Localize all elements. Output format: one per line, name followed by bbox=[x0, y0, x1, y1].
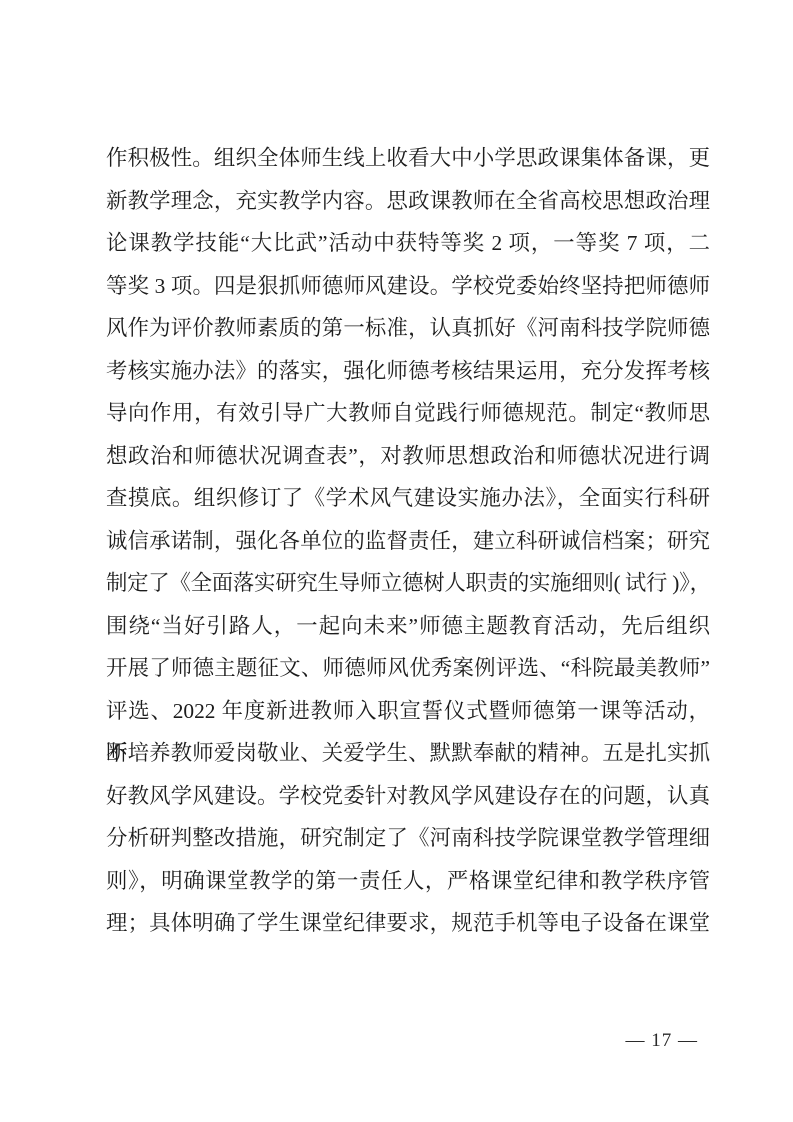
page-number: — 17 — bbox=[626, 1030, 699, 1052]
text-line: 围绕“当好引路人，一起向未来”师德主题教育活动，先后组织 bbox=[106, 605, 710, 648]
text-line: 风作为评价教师素质的第一标准，认真抓好《河南科技学院师德 bbox=[106, 307, 710, 350]
text-line: 理；具体明确了学生课堂纪律要求，规范手机等电子设备在课堂 bbox=[106, 902, 710, 945]
text-line: 断培养教师爱岗敬业、关爱学生、默默奉献的精神。五是扎实抓 bbox=[106, 732, 710, 775]
document-body: 作积极性。组织全体师生线上收看大中小学思政课集体备课，更 新教学理念，充实教学内… bbox=[106, 137, 710, 945]
document-page: 作积极性。组织全体师生线上收看大中小学思政课集体备课，更 新教学理念，充实教学内… bbox=[0, 0, 793, 1122]
text-line: 开展了师德主题征文、师德师风优秀案例评选、“科院最美教师” bbox=[106, 647, 710, 690]
text-line: 等奖 3 项。四是狠抓师德师风建设。学校党委始终坚持把师德师 bbox=[106, 265, 710, 308]
text-line: 想政治和师德状况调查表”，对教师思想政治和师德状况进行调 bbox=[106, 435, 710, 478]
text-line: 则》，明确课堂教学的第一责任人，严格课堂纪律和教学秩序管 bbox=[106, 860, 710, 903]
text-line: 考核实施办法》的落实，强化师德考核结果运用，充分发挥考核 bbox=[106, 350, 710, 393]
text-line: 诚信承诺制，强化各单位的监督责任，建立科研诚信档案；研究 bbox=[106, 520, 710, 563]
text-line: 分析研判整改措施，研究制定了《河南科技学院课堂教学管理细 bbox=[106, 817, 710, 860]
text-line: 新教学理念，充实教学内容。思政课教师在全省高校思想政治理 bbox=[106, 180, 710, 223]
text-line: 作积极性。组织全体师生线上收看大中小学思政课集体备课，更 bbox=[106, 137, 710, 180]
text-line: 好教风学风建设。学校党委针对教风学风建设存在的问题，认真 bbox=[106, 775, 710, 818]
text-line: 论课教学技能“大比武”活动中获特等奖 2 项，一等奖 7 项，二 bbox=[106, 222, 710, 265]
text-line: 制定了《全面落实研究生导师立德树人职责的实施细则( 试行 )》， bbox=[106, 562, 710, 605]
text-line: 查摸底。组织修订了《学术风气建设实施办法》，全面实行科研 bbox=[106, 477, 710, 520]
text-line: 导向作用，有效引导广大教师自觉践行师德规范。制定“教师思 bbox=[106, 392, 710, 435]
text-line: 评选、2022 年度新进教师入职宣誓仪式暨师德第一课等活动，不 bbox=[106, 690, 710, 733]
